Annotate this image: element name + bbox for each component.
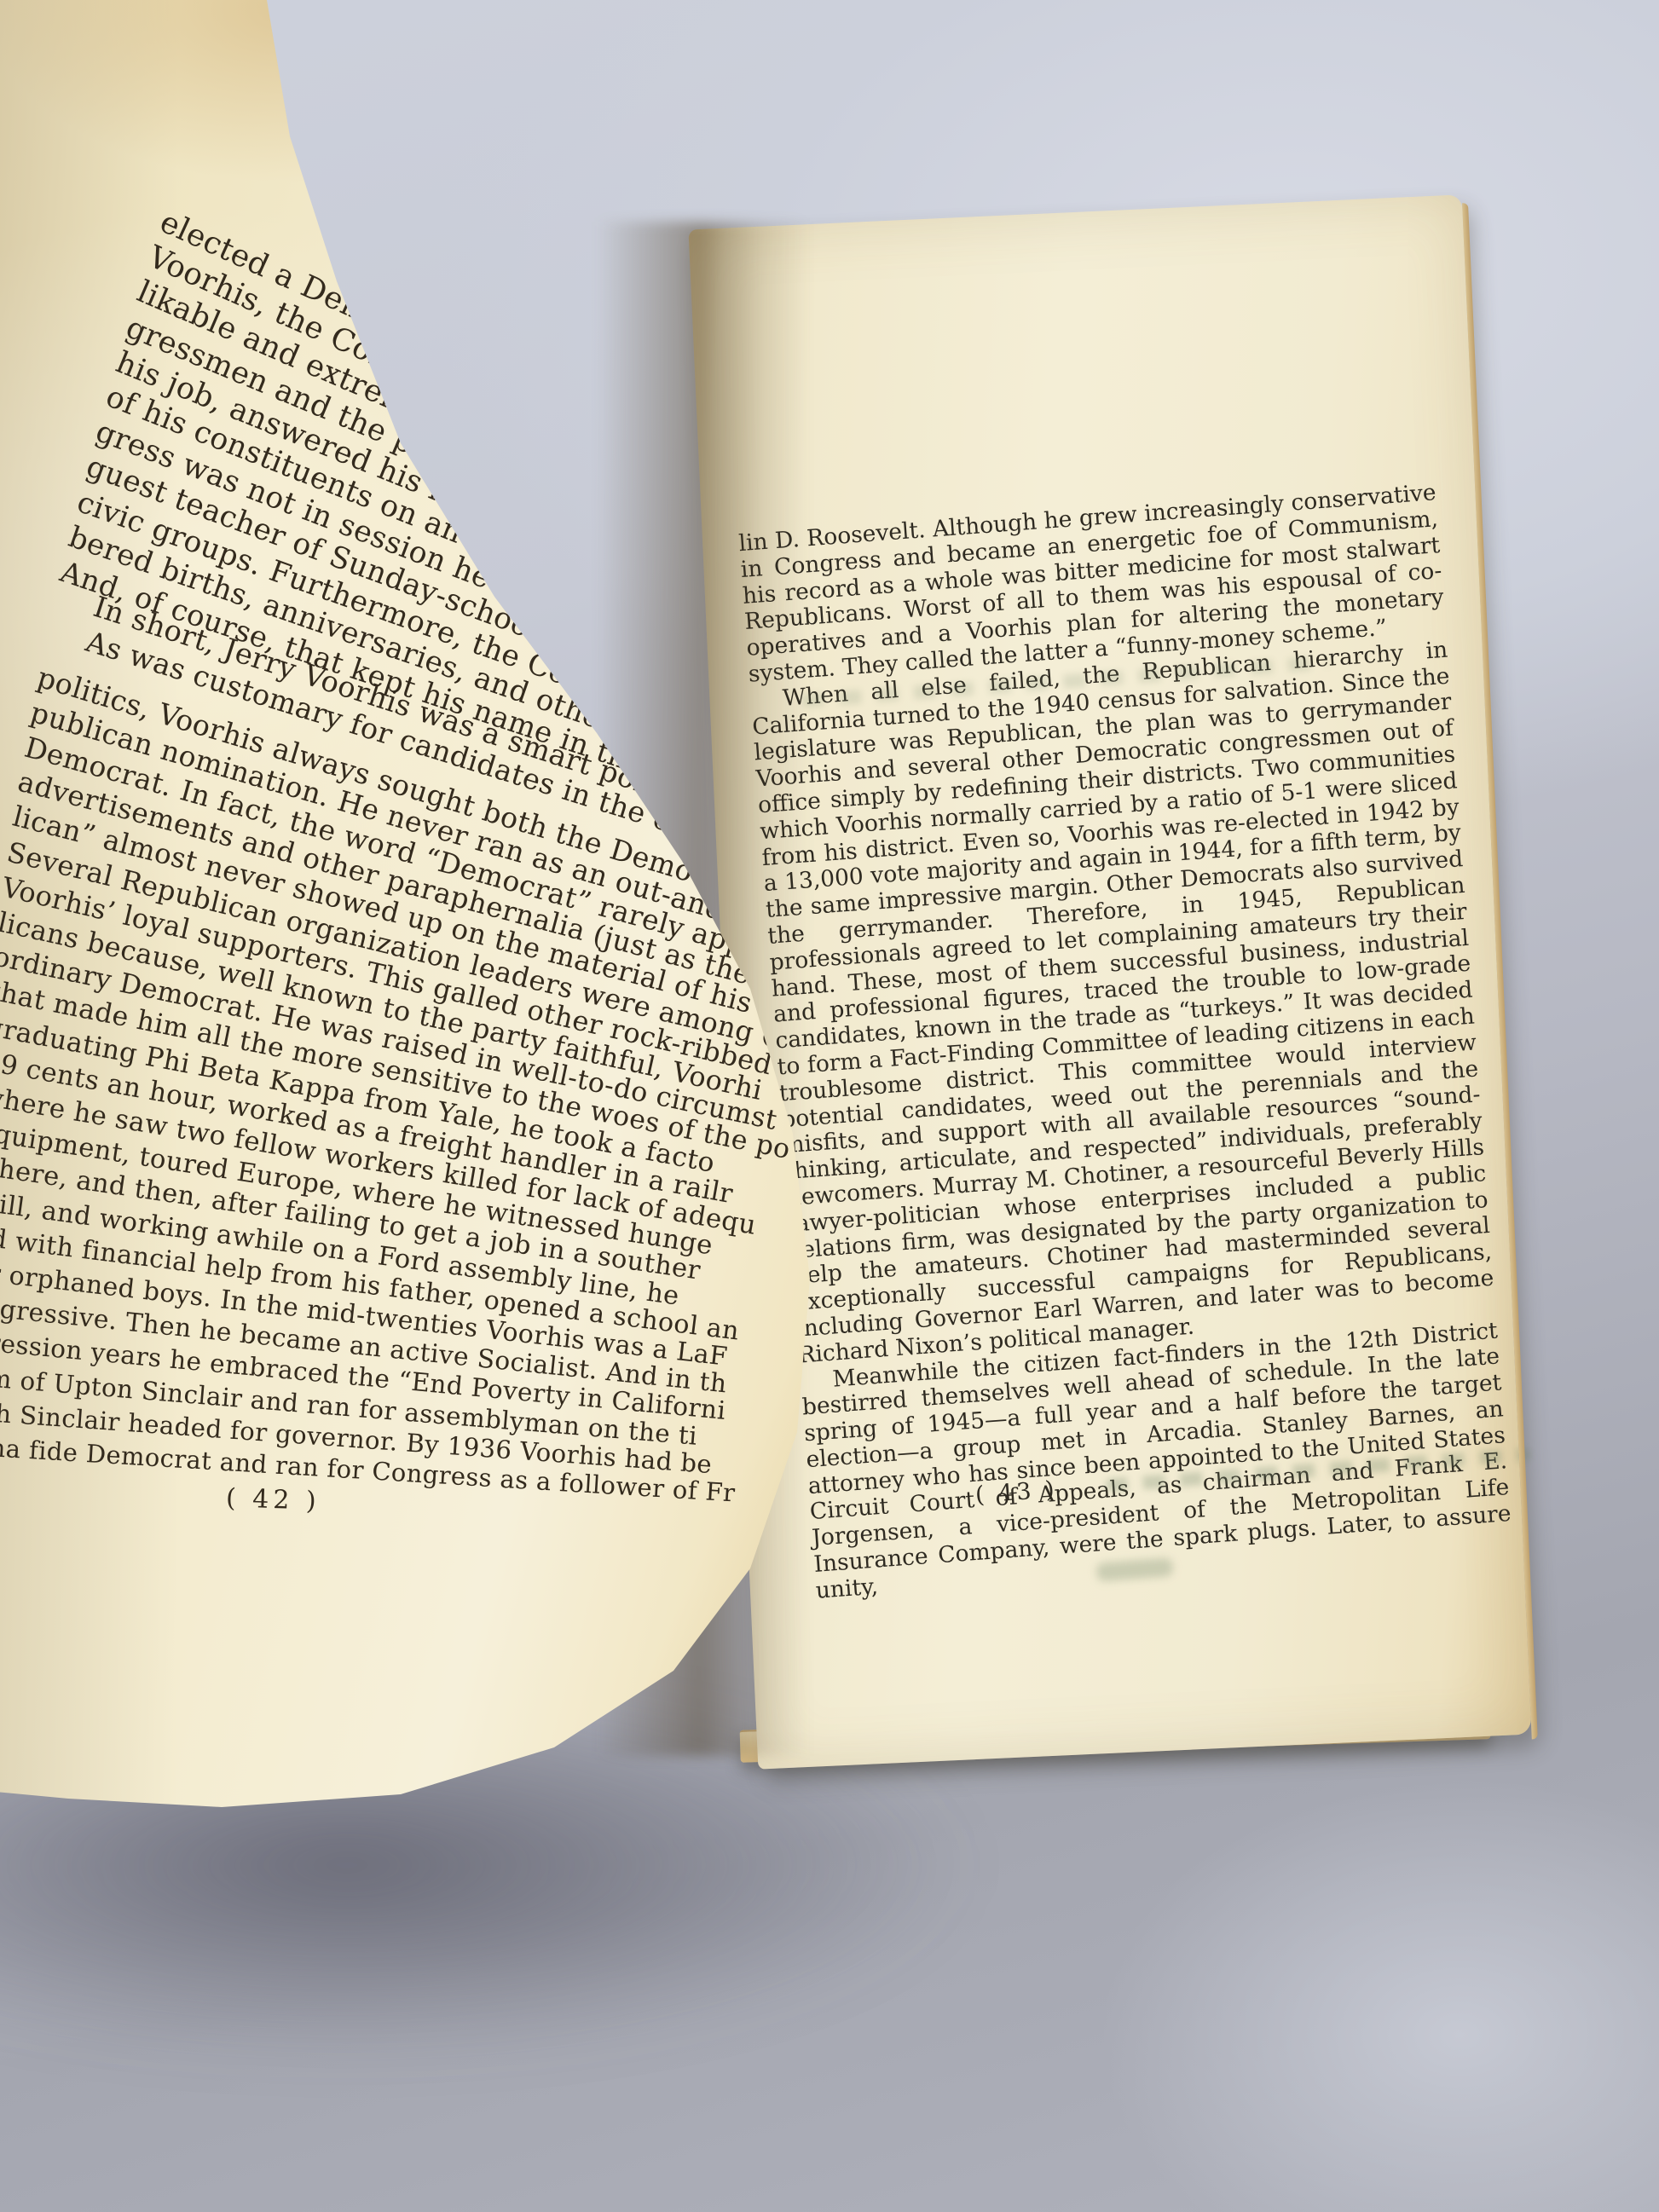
right-page-paragraph: When all else failed, the Republican hie… [749, 637, 1496, 1369]
page-number-left: ( 42 ) [225, 1483, 321, 1516]
book-page-right: lin D. Roosevelt. Although he grew incre… [688, 194, 1531, 1769]
book-photo: lin D. Roosevelt. Although he grew incre… [0, 0, 1659, 2212]
right-page-text: lin D. Roosevelt. Although he grew incre… [738, 480, 1514, 1604]
